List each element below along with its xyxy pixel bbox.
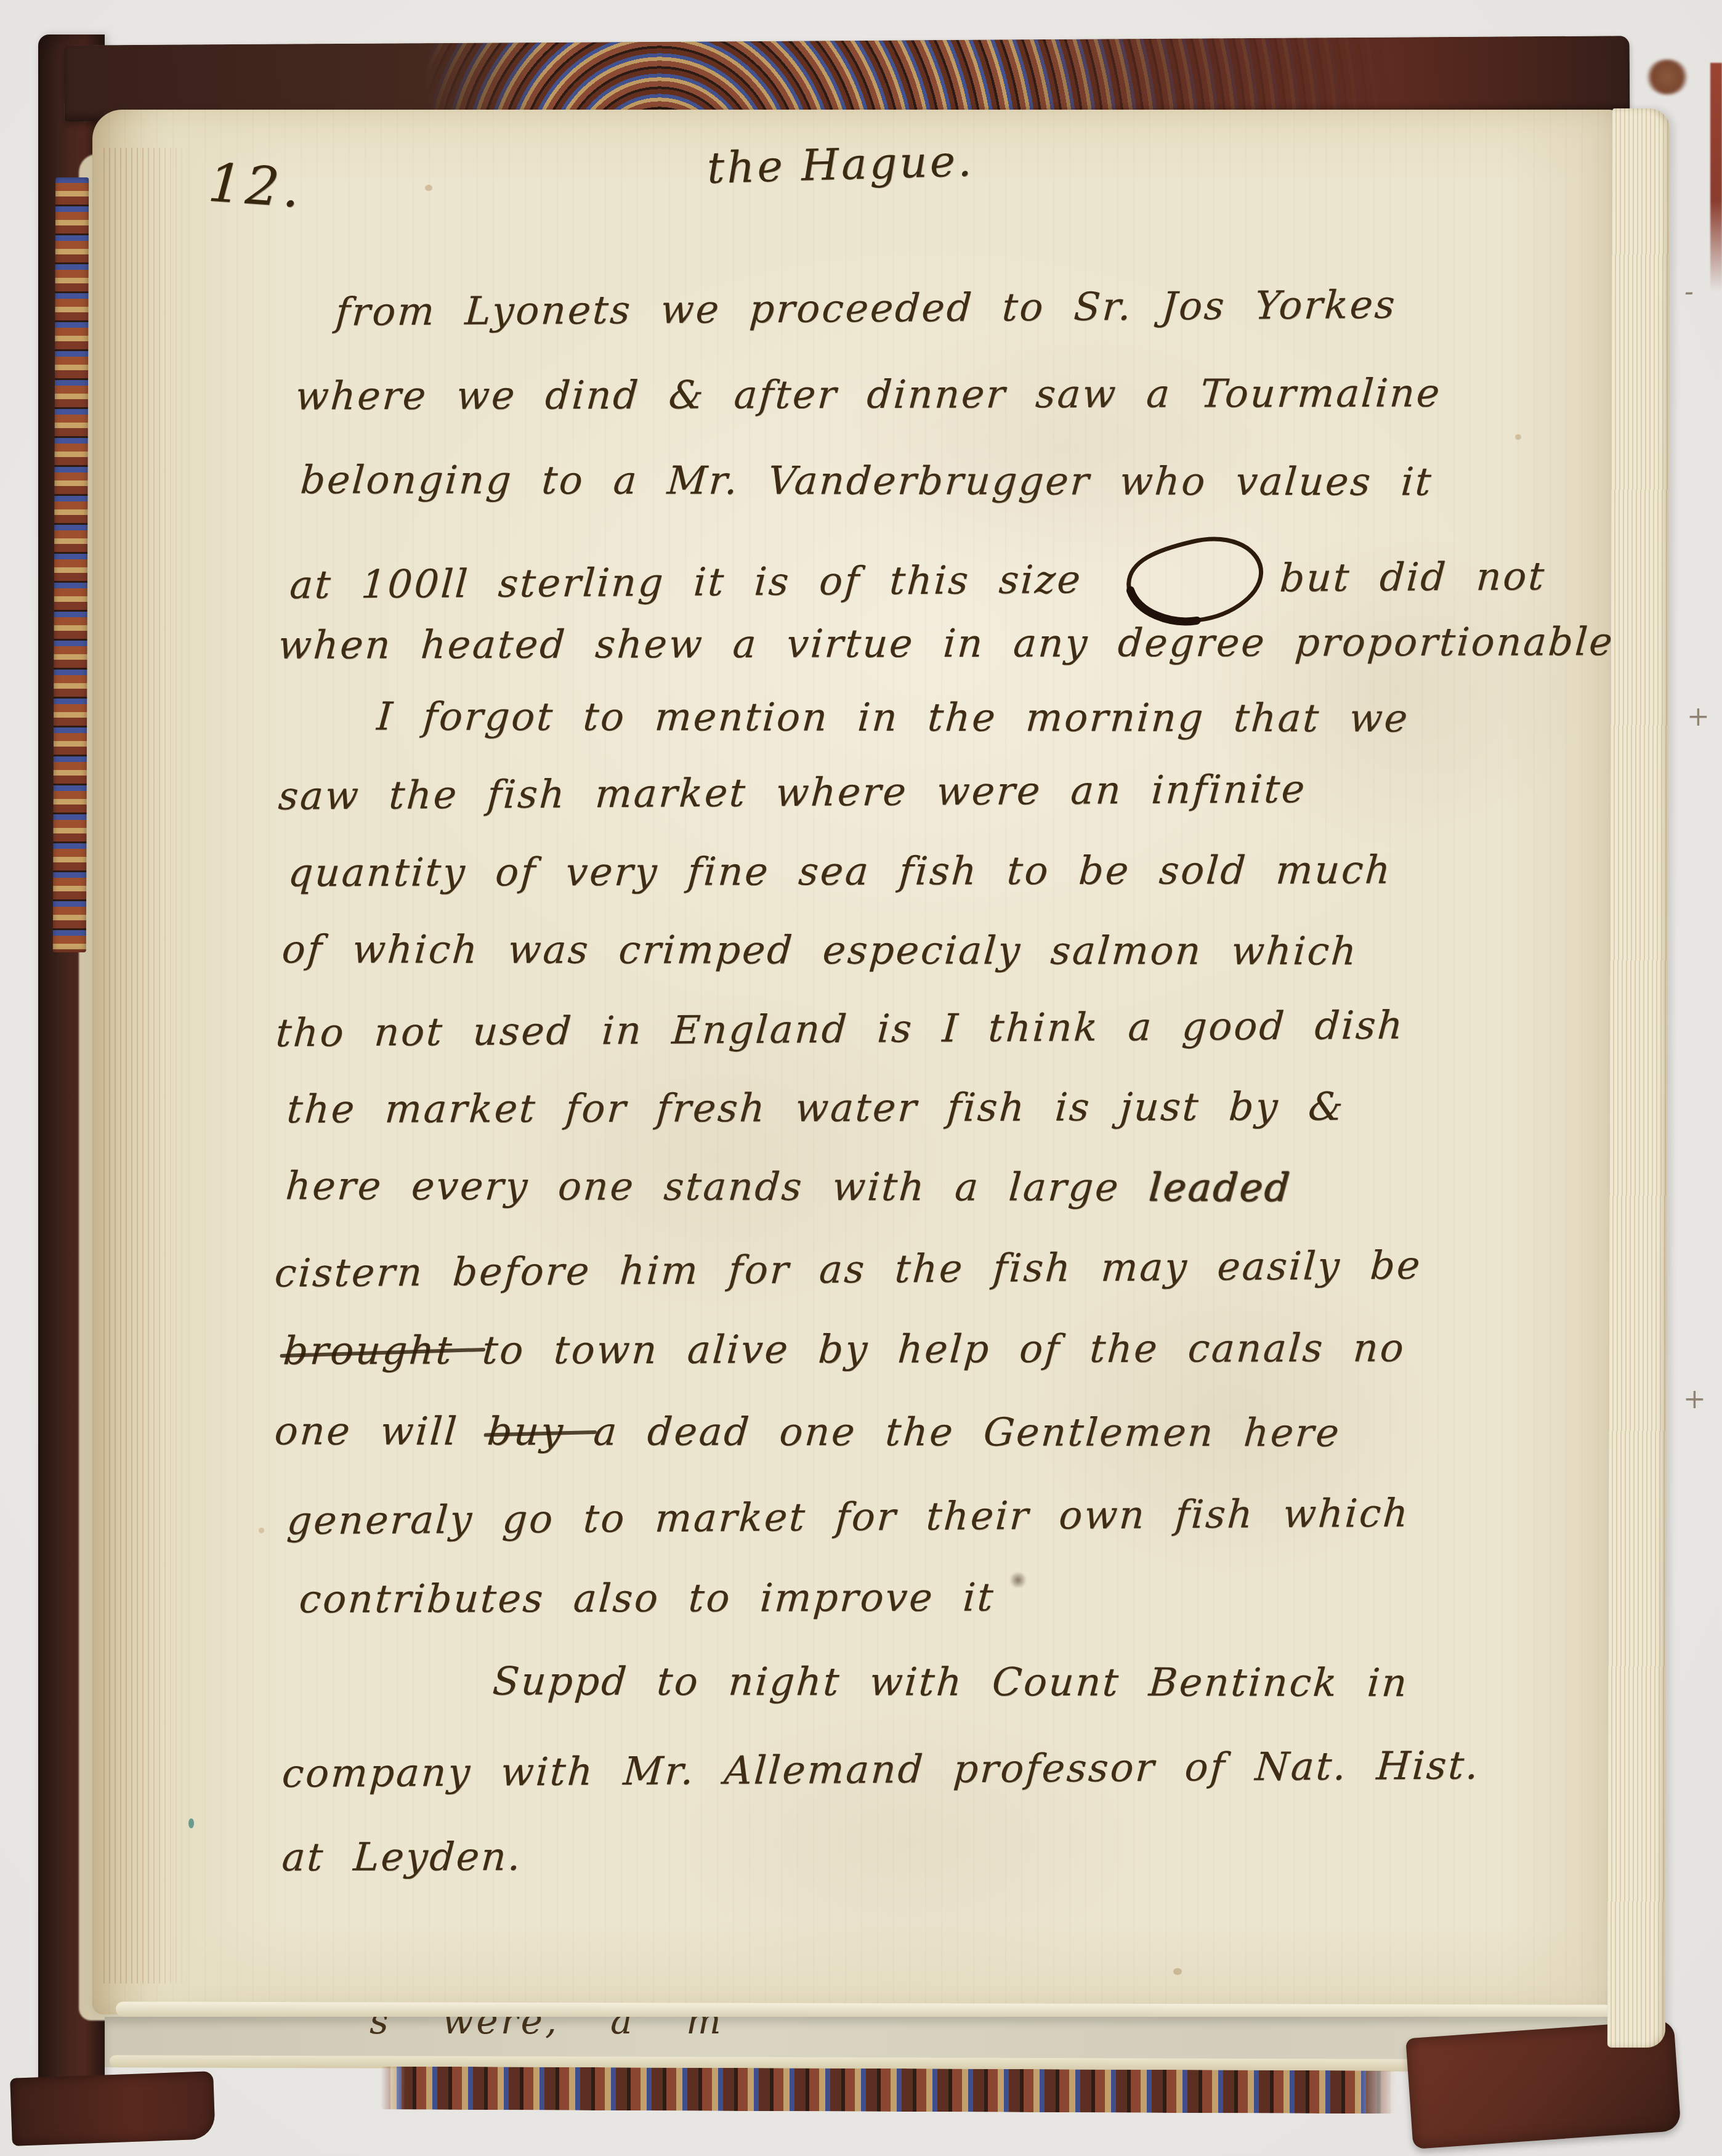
manuscript-line-11: the market for fresh water fish is just … xyxy=(286,1087,1346,1130)
manuscript-word-group: buy xyxy=(486,1409,596,1454)
manuscript-line-8: quantity of very fine sea fish to be sol… xyxy=(287,850,1394,894)
manuscript-line-15: one will buy a dead one the Gentlemen he… xyxy=(273,1411,1342,1453)
manuscript-line-14: brought to town alive by help of the can… xyxy=(282,1328,1407,1372)
manuscript-line-13: cistern before him for as the fish may e… xyxy=(273,1245,1423,1294)
margin-edge-mark: + xyxy=(1687,701,1710,732)
manuscript-word-group: company with Mr. Allemand professor of N… xyxy=(281,1743,1481,1796)
manuscript-word-group: belonging to a Mr. Vanderbrugger who val… xyxy=(299,457,1434,504)
manuscript-line-16: generaly go to market for their own fish… xyxy=(286,1493,1411,1542)
manuscript-line-10: tho not used in England is I think a goo… xyxy=(275,1005,1405,1054)
manuscript-word-group: at 100ll sterling it is of this size xyxy=(288,557,1112,607)
manuscript-word-group: where we dind & after dinner saw a Tourm… xyxy=(294,371,1443,419)
bottom-edge-marbled-paper xyxy=(381,2066,1396,2113)
manuscript-word-group: when heated shew a virtue in any degree … xyxy=(277,619,1630,668)
manuscript-line-9: of which was crimped especialy salmon wh… xyxy=(281,929,1359,971)
manuscript-line-5: when heated shew a virtue in any degree … xyxy=(277,622,1630,666)
manuscript-word-group: brought xyxy=(282,1328,484,1374)
manuscript-word-group: at Leyden. xyxy=(281,1834,524,1879)
facing-board-red-sliver xyxy=(1710,63,1722,292)
manuscript-line-17: contributes also to improve it xyxy=(298,1578,996,1620)
next-page-text-fragment: s were, a m xyxy=(370,2017,724,2043)
manuscript-line-20: at Leyden. xyxy=(281,1836,523,1878)
manuscript-line-12: here every one stands with a large leade… xyxy=(285,1166,1293,1209)
manuscript-word-group: saw the fish market where were an infini… xyxy=(277,766,1308,819)
manuscript-word-group: quantity of very fine sea fish to be sol… xyxy=(287,848,1394,896)
manuscript-word-group: leaded xyxy=(1147,1165,1293,1210)
manuscript-line-2: where we dind & after dinner saw a Tourm… xyxy=(294,373,1443,417)
manuscript-line-1: from Lyonets we proceeded to Sr. Jos Yor… xyxy=(334,285,1398,333)
manuscript-word-group: cistern before him for as the fish may e… xyxy=(273,1242,1423,1295)
manuscript-line-6: I forgot to mention in the morning that … xyxy=(376,697,1411,739)
manuscript-line-18: Suppd to night with Count Bentinck in xyxy=(491,1661,1410,1704)
bottom-left-leather-corner xyxy=(10,2071,216,2146)
manuscript-word-group: contributes also to improve it xyxy=(298,1575,996,1622)
manuscript-word-group: I forgot to mention in the morning that … xyxy=(375,694,1410,741)
manuscript-word-group: the market for fresh water fish is just … xyxy=(286,1084,1346,1132)
manuscript-word-group: here every one stands with a large xyxy=(284,1164,1150,1210)
photographed-manuscript-book: 12. the Hague. from Lyonets we proceeded… xyxy=(0,0,1722,2156)
manuscript-word-group: to town alive by help of the canals no xyxy=(481,1326,1407,1373)
manuscript-word-group: one will xyxy=(273,1408,488,1454)
manuscript-line-19: company with Mr. Allemand professor of N… xyxy=(281,1745,1481,1794)
margin-edge-mark: + xyxy=(1683,1384,1706,1415)
manuscript-word-group: but did not xyxy=(1279,554,1547,601)
manuscript-line-7: saw the fish market where were an infini… xyxy=(277,769,1308,817)
manuscript-word-group: of which was crimped especialy salmon wh… xyxy=(280,926,1359,973)
manuscript-line-3: belonging to a Mr. Vanderbrugger who val… xyxy=(299,460,1434,502)
manuscript-word-group: Suppd to night with Count Bentinck in xyxy=(491,1659,1410,1706)
manuscript-word-group: a dead one the Gentlemen here xyxy=(592,1409,1342,1455)
manuscript-word-group: from Lyonets we proceeded to Sr. Jos Yor… xyxy=(334,282,1398,334)
fore-edge-page-stack xyxy=(1607,108,1670,2048)
margin-edge-mark: - xyxy=(1684,276,1694,307)
manuscript-word-group: generaly go to market for their own fish… xyxy=(286,1491,1411,1544)
tourmaline-size-sketch xyxy=(1118,535,1271,634)
manuscript-word-group: tho not used in England is I think a goo… xyxy=(275,1003,1406,1056)
manuscript-text: from Lyonets we proceeded to Sr. Jos Yor… xyxy=(0,0,1722,2156)
